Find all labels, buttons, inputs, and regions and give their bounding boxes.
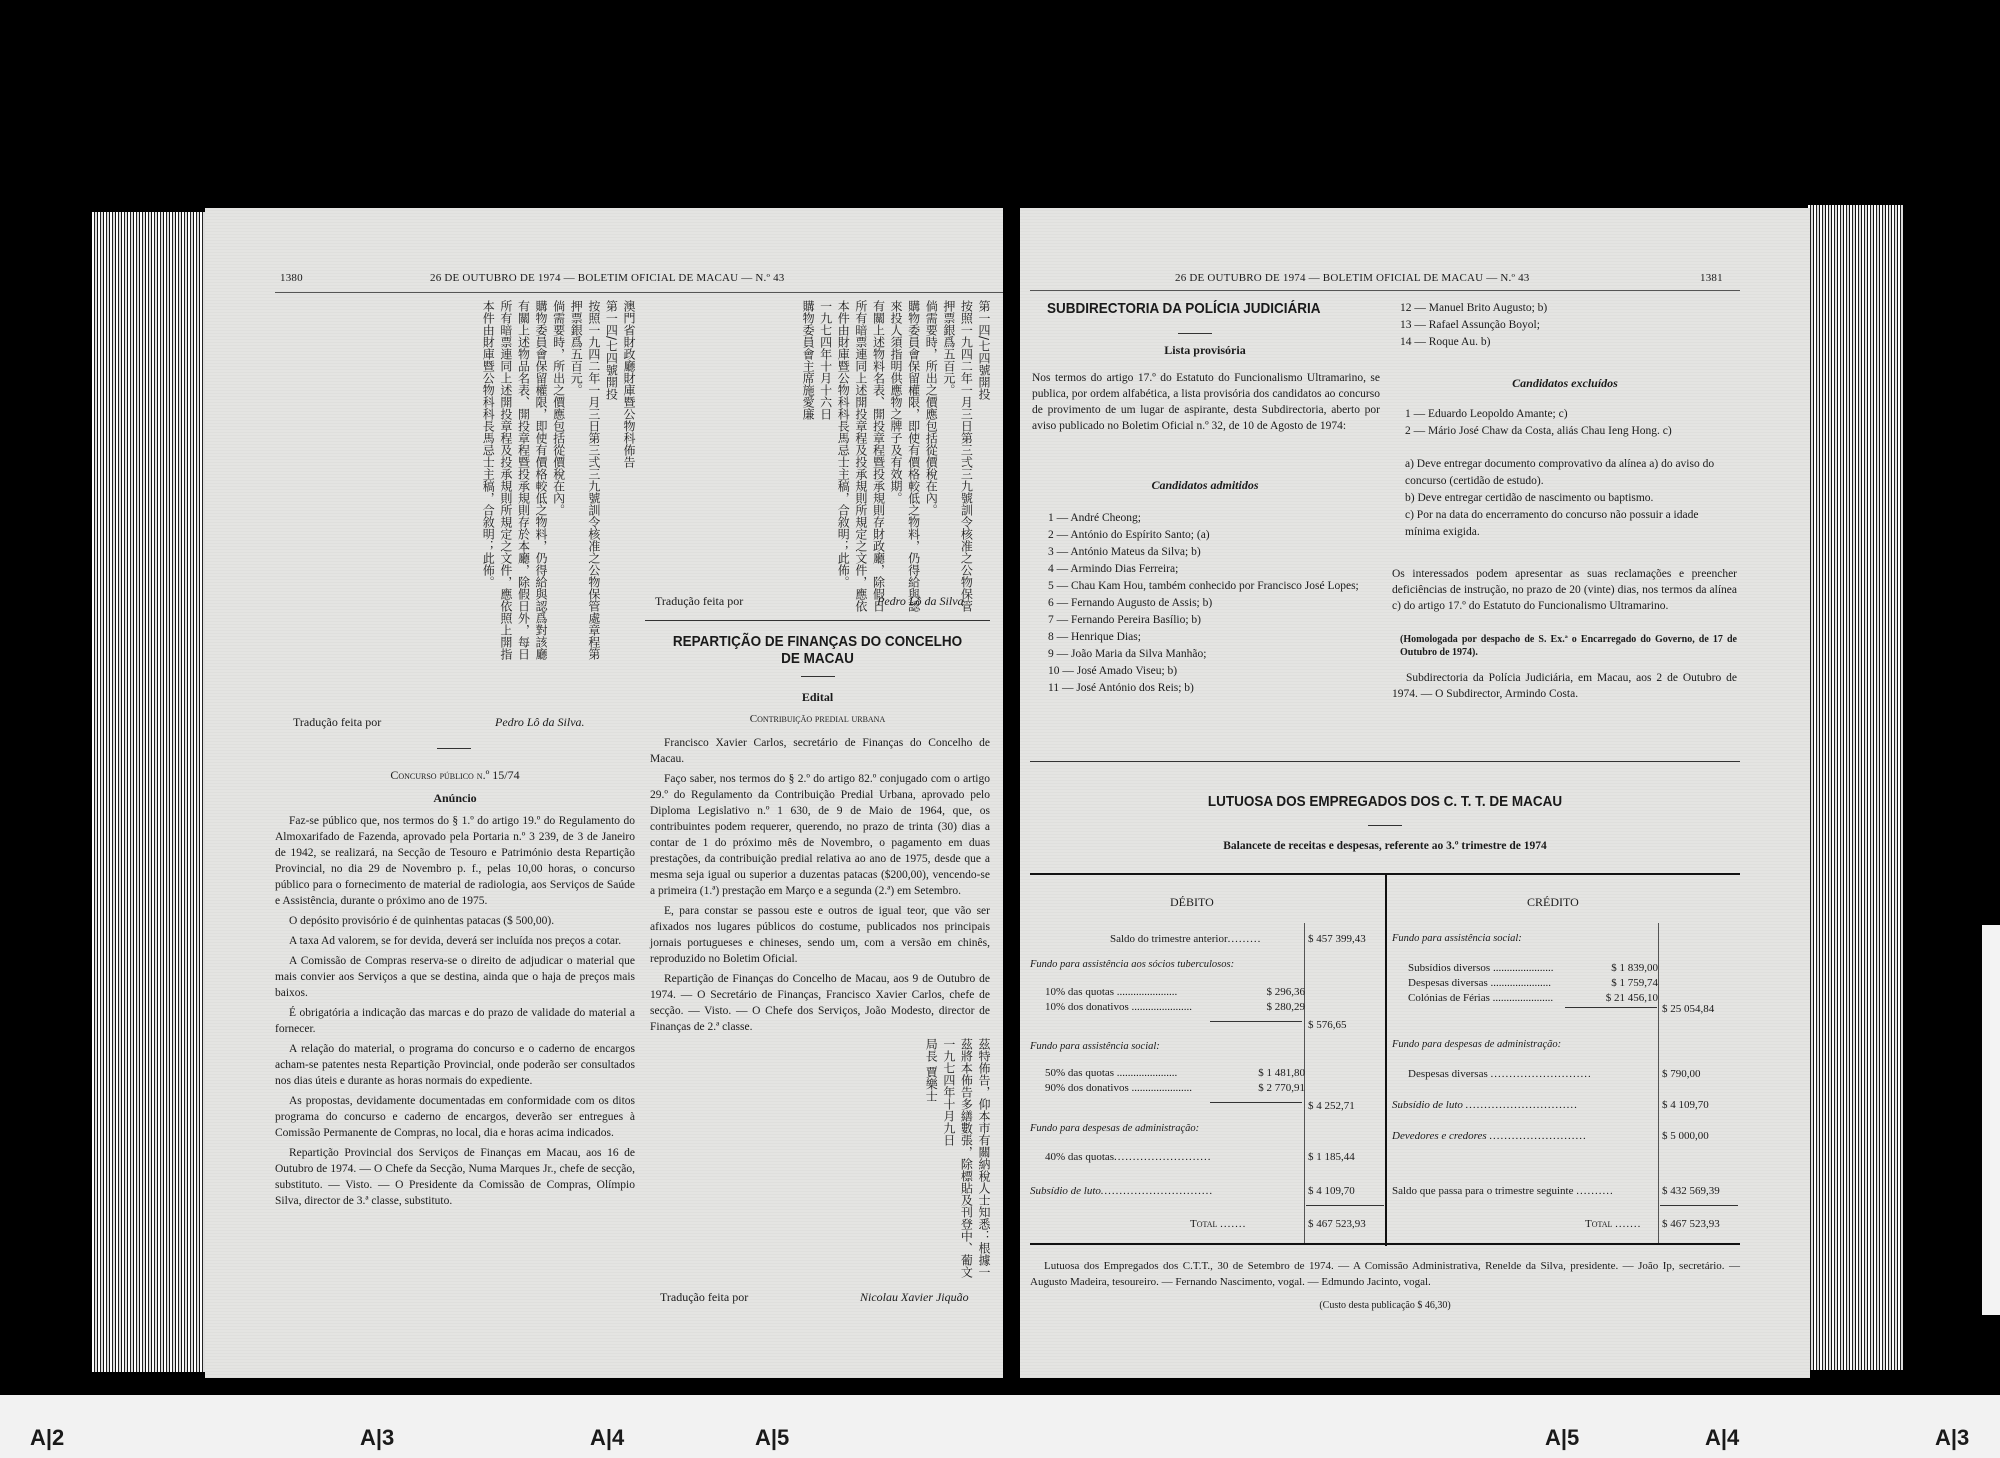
credit-fund1-items: Subsídios diversos .....................…: [1408, 961, 1658, 1006]
debit-saldo-value: $ 457 399,43: [1308, 933, 1366, 945]
list-item: 1 — Eduardo Leopoldo Amante; c): [1405, 406, 1735, 423]
lutuosa-closing: Lutuosa dos Empregados dos C.T.T., 30 de…: [1030, 1258, 1740, 1294]
page-stack-edge-left: [92, 212, 207, 1372]
debit-fund1-items: 10% das quotas ......................$ 2…: [1045, 985, 1305, 1015]
credit-luto-value: $ 4 109,70: [1662, 1099, 1709, 1111]
page-stack-edge-right: [1808, 205, 1903, 1370]
debit-fund3-item-value: $ 1 185,44: [1308, 1151, 1355, 1163]
running-head: 26 DE OUTUBRO DE 1974 — BOLETIM OFICIAL …: [1175, 272, 1529, 284]
debit-header: DÉBITO: [1170, 895, 1214, 910]
list-item: 2 — Mário José Chaw da Costa, aliás Chau…: [1405, 423, 1735, 440]
chinese-line: 購物委員會主席施愛廉: [801, 300, 814, 600]
page-number: 1380: [280, 272, 303, 284]
list-item: 7 — Fernando Pereira Basílio; b): [1048, 612, 1378, 629]
paragraph: E, para constar se passou este e outros …: [650, 903, 990, 967]
debit-fund2-total: $ 4 252,71: [1308, 1100, 1355, 1112]
ledger-row: Despesas diversas ......................…: [1408, 976, 1658, 991]
footnotes: a) Deve entregar documento comprovativo …: [1405, 456, 1735, 541]
chinese-line: 來投人須指明供應物之牌子及有效期。: [889, 300, 902, 600]
total-rule: [1306, 1205, 1384, 1206]
chinese-line: 一九七四年十月九日: [942, 1038, 955, 1263]
section-rule: [1030, 761, 1740, 762]
chinese-line: 局長 賈樂士: [925, 1038, 938, 1263]
translation-credit-2: Tradução feita por: [655, 594, 743, 609]
policia-paragraph: Os interessados podem apresentar as suas…: [1392, 566, 1737, 614]
publication-cost: (Custo desta publicação $ 46,30): [1030, 1300, 1740, 1311]
concurso-subtitle: Anúncio: [275, 791, 635, 806]
chinese-line: 購物委員會保留權限，即使有價格較低之物料，仍得給與認: [907, 300, 920, 600]
translation-label: Tradução feita por: [655, 594, 743, 608]
list-item: 6 — Fernando Augusto de Assis; b): [1048, 595, 1378, 612]
debit-luto-label: Subsídio de luto........................…: [1030, 1185, 1213, 1197]
admitted-title: Candidatos admitidos: [1030, 478, 1380, 493]
chinese-line: 本件由財庫暨公物科科長馬忌士主稿，合敘明；此佈。: [482, 300, 495, 720]
credit-saldo-label: Saldo que passa para o trimestre seguint…: [1392, 1185, 1614, 1197]
debit-total-value: $ 467 523,93: [1308, 1218, 1366, 1230]
translation-credit-3: Tradução feita por: [660, 1290, 748, 1305]
section-rule: [645, 620, 990, 621]
index-mark: A|4: [1705, 1425, 1739, 1451]
chinese-line: 本件由財庫暨公物科科長馬忌士主稿，合敘明；此佈。: [837, 300, 850, 600]
excluded-list: 1 — Eduardo Leopoldo Amante; c)2 — Mário…: [1405, 406, 1735, 440]
debit-saldo-label: Saldo do trimestre anterior.........: [1110, 933, 1261, 945]
list-item: c) Por na data do encerramento do concur…: [1405, 507, 1735, 541]
debit-fund2-items: 50% das quotas ......................$ 1…: [1045, 1066, 1305, 1096]
list-item: 11 — José António dos Reis; b): [1048, 680, 1378, 697]
table-bottom-rule: [1030, 1243, 1740, 1245]
index-mark: A|2: [30, 1425, 64, 1451]
table-divider: [1385, 873, 1387, 1246]
chinese-line: 倘需要時，所出之價應包括從價稅在內。: [925, 300, 938, 600]
chinese-line: 澳門省財政廳財庫暨公物科佈告: [622, 300, 635, 720]
paragraph: O depósito provisório é de quinhentas pa…: [275, 913, 635, 929]
left-page: 1380 26 DE OUTUBRO DE 1974 — BOLETIM OFI…: [205, 208, 1005, 1378]
header-rule: [1030, 290, 1740, 291]
paragraph: Faz-se público que, nos termos do § 1.º …: [275, 813, 635, 909]
credit-amount-rule: [1658, 923, 1659, 1243]
divider: [437, 748, 471, 749]
list-item: 10 — José Amado Viseu; b): [1048, 663, 1378, 680]
paragraph: A relação do material, o programa do con…: [275, 1041, 635, 1089]
credit-fund2-title: Fundo para despesas de administração:: [1392, 1039, 1561, 1050]
divider: [1368, 825, 1402, 826]
paragraph: Repartição Provincial dos Serviços de Fi…: [275, 1145, 635, 1209]
debit-fund3-title: Fundo para despesas de administração:: [1030, 1123, 1199, 1134]
paragraph: Subdirectoria da Polícia Judiciária, em …: [1392, 670, 1737, 702]
chinese-line: 押票銀爲五百元。: [570, 300, 583, 720]
translator: Pedro Lô da Silva: [877, 594, 964, 608]
list-item: 12 — Manuel Brito Augusto; b): [1400, 300, 1730, 317]
credit-luto-label: Subsídio de luto .......................…: [1392, 1099, 1578, 1111]
total-rule: [1660, 1205, 1738, 1206]
concurso-title: Concurso público n.º 15/74: [275, 768, 635, 783]
ledger-row: 50% das quotas ......................$ 1…: [1045, 1066, 1305, 1081]
policia-closing: Subdirectoria da Polícia Judiciária, em …: [1392, 670, 1737, 706]
chinese-line: 所有暗票連同上述開投章程及投承規則所規定之文件，應依: [854, 300, 867, 600]
index-mark: A|5: [1545, 1425, 1579, 1451]
list-item: 3 — António Mateus da Silva; b): [1048, 544, 1378, 561]
paragraph: Lutuosa dos Empregados dos C.T.T., 30 de…: [1030, 1258, 1740, 1290]
list-item: 1 — André Cheong;: [1048, 510, 1378, 527]
chinese-line: 有關上述物料名表、開投章程暨投承規則存財政廳，除假日: [872, 300, 885, 600]
paragraph: Faço saber, nos termos do § 2.º do artig…: [650, 771, 990, 899]
policia-intro: Nos termos do artigo 17.º do Estatuto do…: [1032, 370, 1380, 434]
list-item: b) Deve entregar certidão de nascimento …: [1405, 490, 1735, 507]
chinese-line: 所有暗票連同上述開投章程及投承規則所規定之文件，應依照上開指: [499, 300, 512, 720]
subtotal-rule: [1210, 1102, 1302, 1103]
translator-name-3: Nicolau Xavier Jiquão: [860, 1290, 969, 1305]
list-item: 9 — João Maria da Silva Manhão;: [1048, 646, 1378, 663]
debit-luto-value: $ 4 109,70: [1308, 1185, 1355, 1197]
debit-fund1-total: $ 576,65: [1308, 1019, 1347, 1031]
paragraph: As propostas, devidamente documentadas e…: [275, 1093, 635, 1141]
chinese-line: 押票銀爲五百元。: [942, 300, 955, 600]
translator: Pedro Lô da Silva.: [495, 715, 585, 729]
credit-total-value: $ 467 523,93: [1662, 1218, 1720, 1230]
chinese-line: 按照一九四二年一月三日第三弍三九號訓令核准之公物保管: [960, 300, 973, 600]
lista-title: Lista provisória: [1030, 343, 1380, 358]
list-item: 8 — Henrique Dias;: [1048, 629, 1378, 646]
credit-total-label: Total .......: [1585, 1218, 1641, 1230]
microfilm-index-strip: A|2 A|3 A|4 A|5 A|5 A|4 A|3: [0, 1395, 2000, 1458]
list-item: 5 — Chau Kam Hou, também conhecido por F…: [1048, 578, 1378, 595]
chinese-line: 一九七四年十月十六日: [819, 300, 832, 600]
debit-fund1-title: Fundo para assistência aos sócios tuberc…: [1030, 959, 1234, 970]
chinese-line: 茲將本佈告多繕數張，除標貼及刊登中、葡文: [960, 1038, 973, 1263]
homologation: (Homologada por despacho de S. Ex.ª o En…: [1400, 633, 1737, 659]
ledger-row: Subsídios diversos .....................…: [1408, 961, 1658, 976]
chinese-line: 購物委員會保留權限，即使有價格較低之物料，仍得給與認爲對該廳: [534, 300, 547, 720]
credit-saldo-value: $ 432 569,39: [1662, 1185, 1720, 1197]
chinese-line: 按照一九四二年一月三日第三弍三九號訓令核准之公物保管處章程第: [587, 300, 600, 720]
translation-label: Tradução feita por: [293, 715, 381, 729]
credit-fund2-item-label: Despesas diversas ......................…: [1408, 1068, 1592, 1080]
adjacent-card-fragment: [1982, 925, 2000, 1315]
list-item: 13 — Rafael Assunção Boyol;: [1400, 317, 1730, 334]
concurso-body: Faz-se público que, nos termos do § 1.º …: [275, 813, 635, 1213]
paragraph: Francisco Xavier Carlos, secretário de F…: [650, 735, 990, 767]
chinese-line: 茲特佈告，仰本市有關納稅人士知悉：根據一: [977, 1038, 990, 1263]
chinese-line: 第一四/七四號開投: [605, 300, 618, 720]
reparticao-title: REPARTIÇÃO DE FINANÇAS DO CONCELHO DE MA…: [662, 633, 973, 667]
balancete-subtitle: Balancete de receitas e despesas, refere…: [1030, 840, 1740, 852]
reparticao-body: Francisco Xavier Carlos, secretário de F…: [650, 735, 990, 1039]
paragraph: A Comissão de Compras reserva-se o direi…: [275, 953, 635, 1001]
divider: [801, 676, 835, 677]
chinese-edital: 茲特佈告，仰本市有關納稅人士知悉：根據一茲將本佈告多繕數張，除標貼及刊登中、葡文…: [660, 1038, 990, 1263]
credit-fund1-total: $ 25 054,84: [1662, 1003, 1714, 1015]
translation-credit-1: Tradução feita por: [293, 715, 381, 730]
credit-header: CRÉDITO: [1527, 895, 1579, 910]
excluded-title: Candidatos excluídos: [1390, 376, 1740, 391]
credit-fund1-title: Fundo para assistência social:: [1392, 933, 1522, 944]
translator-name-2: Pedro Lô da Silva: [877, 594, 964, 609]
policia-title: SUBDIRECTORIA DA POLÍCIA JUDICIÁRIA: [1047, 300, 1353, 317]
admitted-list-continued: 12 — Manuel Brito Augusto; b)13 — Rafael…: [1400, 300, 1730, 351]
chinese-line: 倘需要時，所出之價應包括從價稅在內。: [552, 300, 565, 720]
index-mark: A|4: [590, 1425, 624, 1451]
debit-fund2-title: Fundo para assistência social:: [1030, 1041, 1160, 1052]
ledger-row: 10% das quotas ......................$ 2…: [1045, 985, 1305, 1000]
header-rule: [275, 292, 1005, 293]
chinese-notice-1: 澳門省財政廳財庫暨公物科佈告第一四/七四號開投按照一九四二年一月三日第三弍三九號…: [275, 300, 635, 720]
index-mark: A|3: [1935, 1425, 1969, 1451]
credit-devedores-value: $ 5 000,00: [1662, 1130, 1709, 1142]
edital-title: Edital: [645, 690, 990, 705]
credit-devedores-label: Devedores e credores ...................…: [1392, 1130, 1587, 1142]
paragraph: É obrigatória a indicação das marcas e d…: [275, 1005, 635, 1037]
translator: Nicolau Xavier Jiquão: [860, 1290, 969, 1304]
translation-label: Tradução feita por: [660, 1290, 748, 1304]
paragraph: Repartição de Finanças do Concelho de Ma…: [650, 971, 990, 1035]
chinese-line: 第一四/七四號開投: [977, 300, 990, 600]
index-mark: A|3: [360, 1425, 394, 1451]
lutuosa-title: LUTUOSA DOS EMPREGADOS DOS C. T. T. DE M…: [1066, 793, 1705, 810]
running-head: 26 DE OUTUBRO DE 1974 — BOLETIM OFICIAL …: [430, 272, 784, 284]
chinese-line: 有關上述物品名表、開投章程暨投承規則存於本廳，除假日外，每日: [517, 300, 530, 720]
subtotal-rule: [1210, 1021, 1302, 1022]
translator-name-1: Pedro Lô da Silva.: [495, 715, 585, 730]
subtotal-rule: [1565, 1007, 1657, 1008]
debit-fund3-item-label: 40% das quotas..........................: [1045, 1151, 1212, 1163]
debit-total-label: Total .......: [1190, 1218, 1246, 1230]
ledger-row: Colónias de Férias .....................…: [1408, 991, 1658, 1006]
list-item: a) Deve entregar documento comprovativo …: [1405, 456, 1735, 490]
contribuicao-title: Contribuição predial urbana: [645, 713, 990, 725]
page-number: 1381: [1700, 272, 1723, 284]
ledger-row: 10% dos donativos ......................…: [1045, 1000, 1305, 1015]
paragraph: A taxa Ad valorem, se for devida, deverá…: [275, 933, 635, 949]
admitted-list: 1 — André Cheong;2 — António do Espírito…: [1048, 510, 1378, 697]
chinese-notice-2: 第一四/七四號開投按照一九四二年一月三日第三弍三九號訓令核准之公物保管押票銀爲五…: [645, 300, 990, 600]
list-item: 2 — António do Espírito Santo; (a): [1048, 527, 1378, 544]
credit-fund2-item-value: $ 790,00: [1662, 1068, 1701, 1080]
index-mark: A|5: [755, 1425, 789, 1451]
list-item: 4 — Armindo Dias Ferreira;: [1048, 561, 1378, 578]
ledger-row: 90% dos donativos ......................…: [1045, 1081, 1305, 1096]
right-page: 26 DE OUTUBRO DE 1974 — BOLETIM OFICIAL …: [1020, 208, 1810, 1378]
list-item: 14 — Roque Au. b): [1400, 334, 1730, 351]
divider: [1178, 333, 1212, 334]
